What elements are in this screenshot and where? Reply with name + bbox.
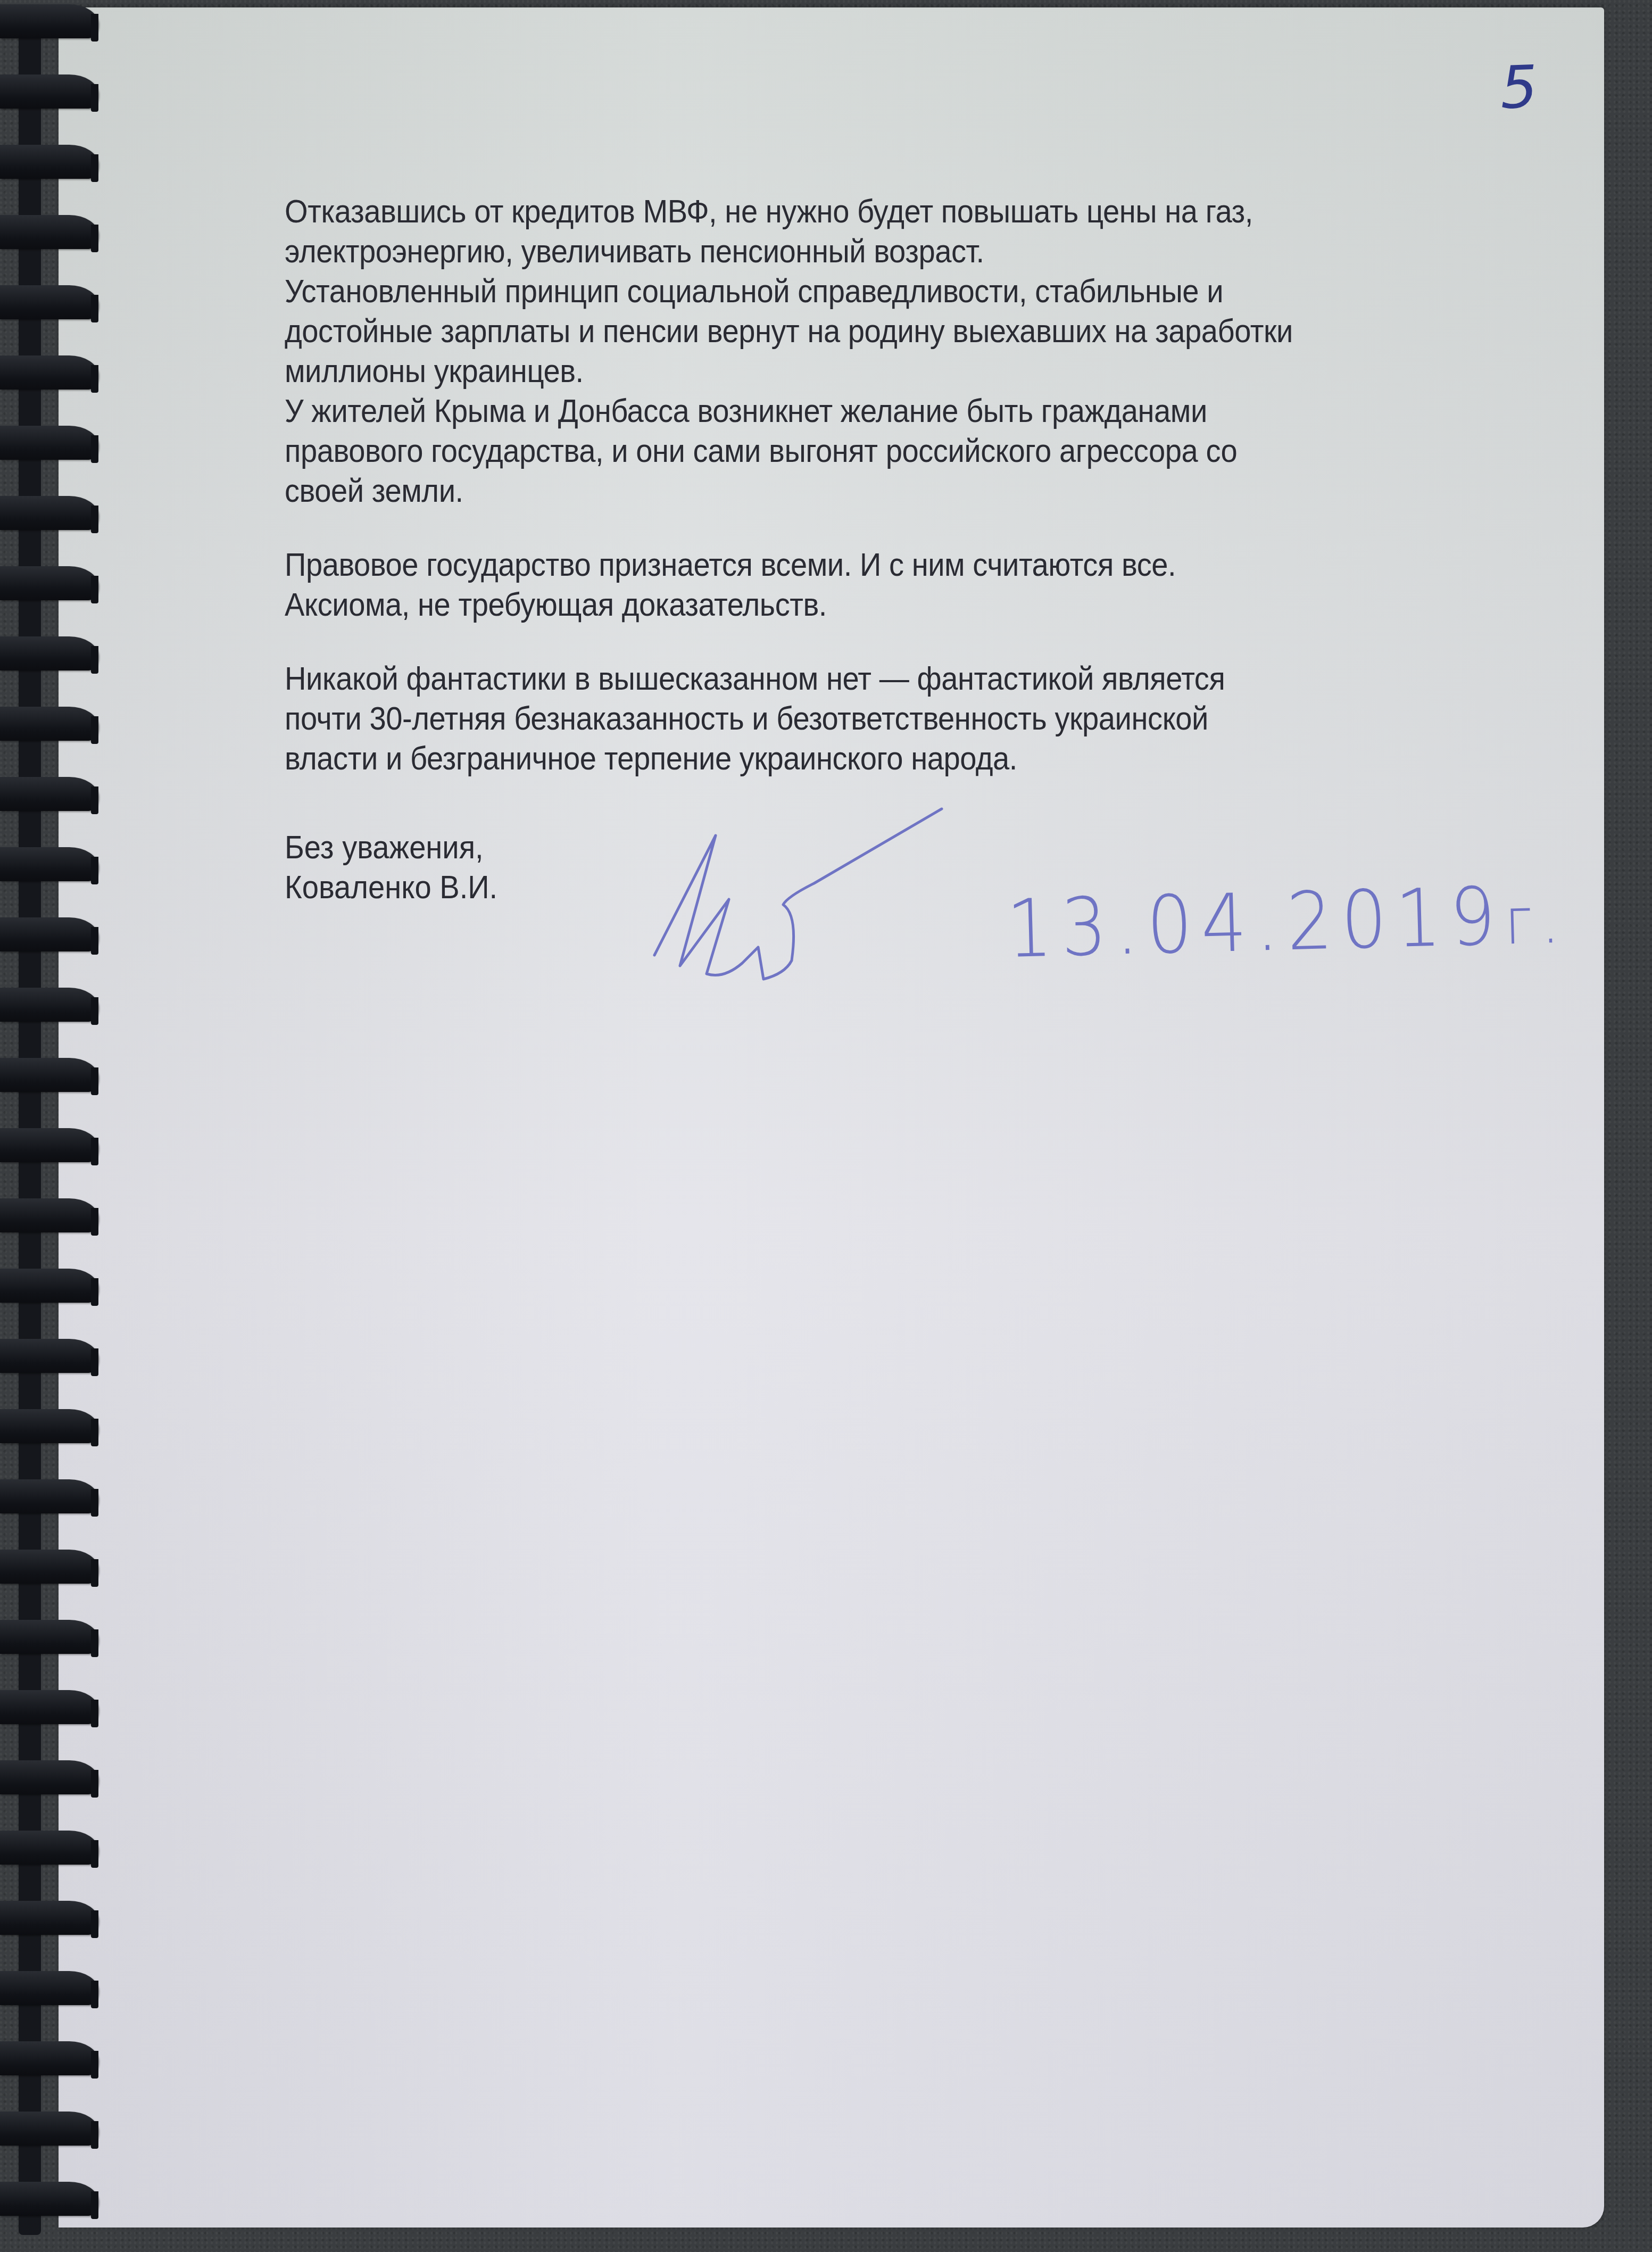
text-line: миллионы украинцев. [285,351,1410,391]
binding-coil [0,2182,98,2216]
binding-coil [0,1128,98,1162]
binding-coil [0,1550,98,1584]
binding-coil [0,1409,98,1443]
binding-coil [0,285,98,319]
binding-coil [0,1901,98,1935]
text-line: своей земли. [285,471,1410,511]
binding-coil [0,1269,98,1303]
date-suffix: г. [1503,883,1568,959]
text-line: Установленный принцип социальной справед… [285,271,1410,311]
binding-coil [0,847,98,881]
binding-coil [0,2112,98,2146]
binding-coil [0,1971,98,2005]
paragraph-no-fantasy: Никакой фантастики в вышесказанном нет —… [285,659,1410,779]
text-line: У жителей Крыма и Донбасса возникнет жел… [285,391,1410,431]
binding-coil [0,1058,98,1092]
binding-coil [0,707,98,741]
text-line: достойные зарплаты и пенсии вернут на ро… [285,311,1410,351]
letter-body: Отказавшись от кредитов МВФ, не нужно бу… [285,192,1410,813]
paragraph-rule-of-law: Правовое государство признается всеми. И… [285,545,1410,625]
binding-coil [0,1198,98,1232]
binding-coil [0,777,98,811]
closing-salutation: Без уважения, [285,827,497,867]
paragraph-imf-and-reforms: Отказавшись от кредитов МВФ, не нужно бу… [285,192,1410,511]
spiral-binding [0,0,101,2252]
author-name: Коваленко В.И. [285,867,497,907]
binding-coil [0,1620,98,1654]
text-line: правового государства, и они сами выгоня… [285,431,1410,471]
binding-coil [0,917,98,951]
text-line: почти 30-летняя безнаказанность и безотв… [285,699,1410,739]
text-line: электроэнергию, увеличивать пенсионный в… [285,231,1410,271]
binding-coil [0,496,98,530]
binding-coil [0,355,98,390]
binding-coil [0,145,98,179]
binding-coil [0,636,98,670]
binding-coil [0,4,98,38]
binding-coil [0,215,98,249]
binding-coil [0,2041,98,2075]
text-line: Отказавшись от кредитов МВФ, не нужно бу… [285,192,1410,231]
binding-coil [0,426,98,460]
binding-coil [0,566,98,600]
binding-coil [0,988,98,1022]
text-line: Правовое государство признается всеми. И… [285,545,1410,585]
handwritten-page-number: 5 [1499,53,1539,122]
text-line: Никакой фантастики в вышесказанном нет —… [285,659,1410,699]
text-line: Аксиома, не требующая доказательств. [285,585,1410,625]
binding-coil [0,1479,98,1513]
date-value: 13.04.2019 [1006,871,1505,976]
handwritten-date: 13.04.2019г. [1006,868,1569,976]
text-line: власти и безграничное терпение украинско… [285,739,1410,779]
binding-coil [0,1339,98,1373]
binding-coil [0,1831,98,1865]
letter-closing: Без уважения, Коваленко В.И. [285,827,497,907]
binding-coil [0,74,98,109]
binding-coil [0,1690,98,1724]
binding-coil [0,1760,98,1794]
